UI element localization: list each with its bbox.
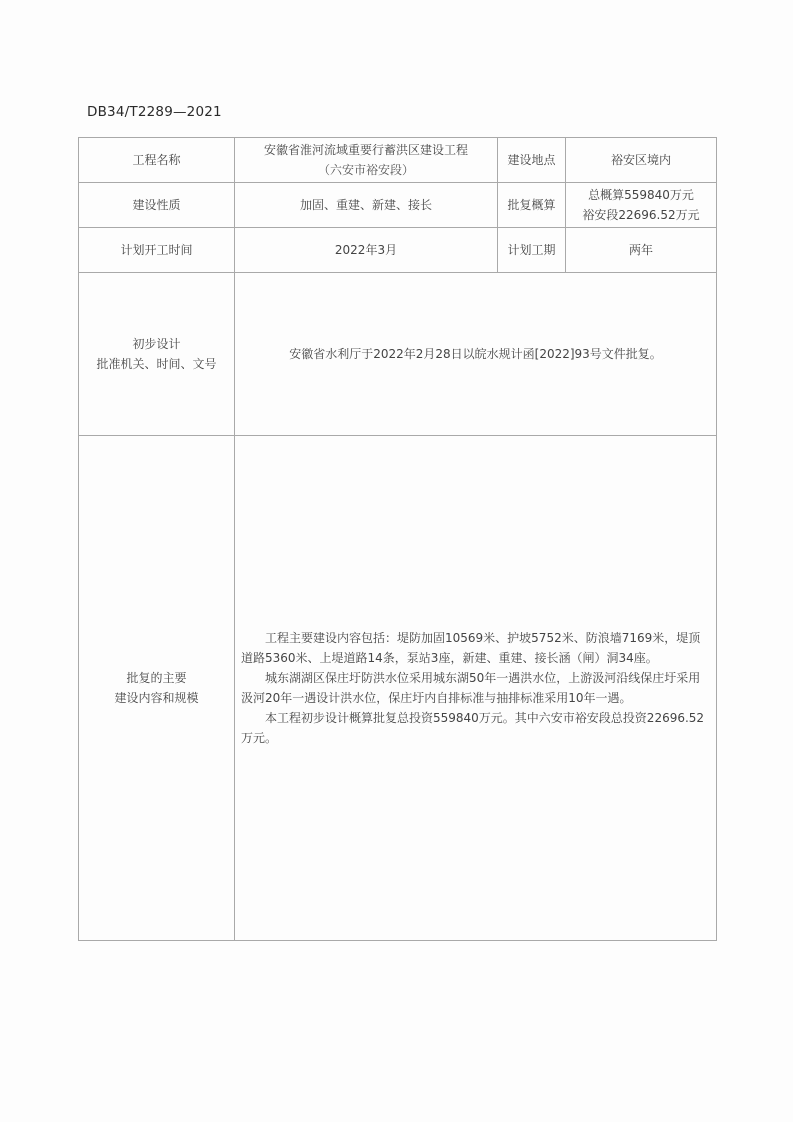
label-text: 工程名称 bbox=[132, 153, 180, 167]
label-approved-budget: 批复概算 bbox=[498, 183, 566, 228]
label-start-time: 计划开工时间 bbox=[79, 228, 235, 273]
table-row-project-name: 工程名称 安徽省淮河流域重要行蓄洪区建设工程 （六安市裕安段） 建设地点 裕安区… bbox=[79, 138, 717, 183]
label-construction-type: 建设性质 bbox=[79, 183, 235, 228]
label-approval: 初步设计 批准机关、时间、文号 bbox=[79, 273, 235, 436]
scope-paragraph: 工程主要建设内容包括：堤防加固10569米、护坡5752米、防浪墙7169米，堤… bbox=[241, 628, 708, 668]
value-line: 裕安段22696.52万元 bbox=[570, 205, 712, 225]
value-line: 2022年3月 bbox=[335, 243, 397, 257]
value-line: 安徽省淮河流域重要行蓄洪区建设工程 bbox=[239, 140, 493, 160]
value-scope: 工程主要建设内容包括：堤防加固10569米、护坡5752米、防浪墙7169米，堤… bbox=[235, 436, 717, 941]
value-line: （六安市裕安段） bbox=[239, 160, 493, 180]
value-line: 总概算559840万元 bbox=[570, 185, 712, 205]
label-project-name: 工程名称 bbox=[79, 138, 235, 183]
value-location: 裕安区境内 bbox=[566, 138, 717, 183]
label-text: 建设性质 bbox=[132, 198, 180, 212]
value-line: 裕安区境内 bbox=[611, 153, 671, 167]
value-construction-type: 加固、重建、新建、接长 bbox=[235, 183, 498, 228]
label-duration: 计划工期 bbox=[498, 228, 566, 273]
scope-paragraph: 城东湖湖区保庄圩防洪水位采用城东湖50年一遇洪水位，上游汲河沿线保庄圩采用汲河2… bbox=[241, 668, 708, 708]
label-text: 计划工期 bbox=[507, 243, 555, 257]
table-row-scope: 批复的主要 建设内容和规模 工程主要建设内容包括：堤防加固10569米、护坡57… bbox=[79, 436, 717, 941]
label-location: 建设地点 bbox=[498, 138, 566, 183]
value-project-name: 安徽省淮河流域重要行蓄洪区建设工程 （六安市裕安段） bbox=[235, 138, 498, 183]
value-approved-budget: 总概算559840万元 裕安段22696.52万元 bbox=[566, 183, 717, 228]
approval-text: 安徽省水利厅于2022年2月28日以皖水规计函[2022]93号文件批复。 bbox=[289, 347, 662, 361]
label-text: 计划开工时间 bbox=[120, 243, 192, 257]
value-duration: 两年 bbox=[566, 228, 717, 273]
label-line: 建设内容和规模 bbox=[83, 688, 230, 708]
value-start-time: 2022年3月 bbox=[235, 228, 498, 273]
label-line: 批准机关、时间、文号 bbox=[83, 354, 230, 374]
standard-code: DB34/T2289—2021 bbox=[87, 104, 222, 120]
table-row-start-time: 计划开工时间 2022年3月 计划工期 两年 bbox=[79, 228, 717, 273]
label-line: 批复的主要 bbox=[83, 668, 230, 688]
table-row-construction-type: 建设性质 加固、重建、新建、接长 批复概算 总概算559840万元 裕安段226… bbox=[79, 183, 717, 228]
value-line: 两年 bbox=[629, 243, 653, 257]
value-line: 加固、重建、新建、接长 bbox=[300, 198, 432, 212]
project-info-table: 工程名称 安徽省淮河流域重要行蓄洪区建设工程 （六安市裕安段） 建设地点 裕安区… bbox=[78, 137, 717, 941]
value-approval: 安徽省水利厅于2022年2月28日以皖水规计函[2022]93号文件批复。 bbox=[235, 273, 717, 436]
label-text: 批复概算 bbox=[507, 198, 555, 212]
scope-paragraph: 本工程初步设计概算批复总投资559840万元。其中六安市裕安段总投资22696.… bbox=[241, 708, 708, 748]
table-row-approval: 初步设计 批准机关、时间、文号 安徽省水利厅于2022年2月28日以皖水规计函[… bbox=[79, 273, 717, 436]
label-line: 初步设计 bbox=[83, 334, 230, 354]
label-scope: 批复的主要 建设内容和规模 bbox=[79, 436, 235, 941]
label-text: 建设地点 bbox=[507, 153, 555, 167]
